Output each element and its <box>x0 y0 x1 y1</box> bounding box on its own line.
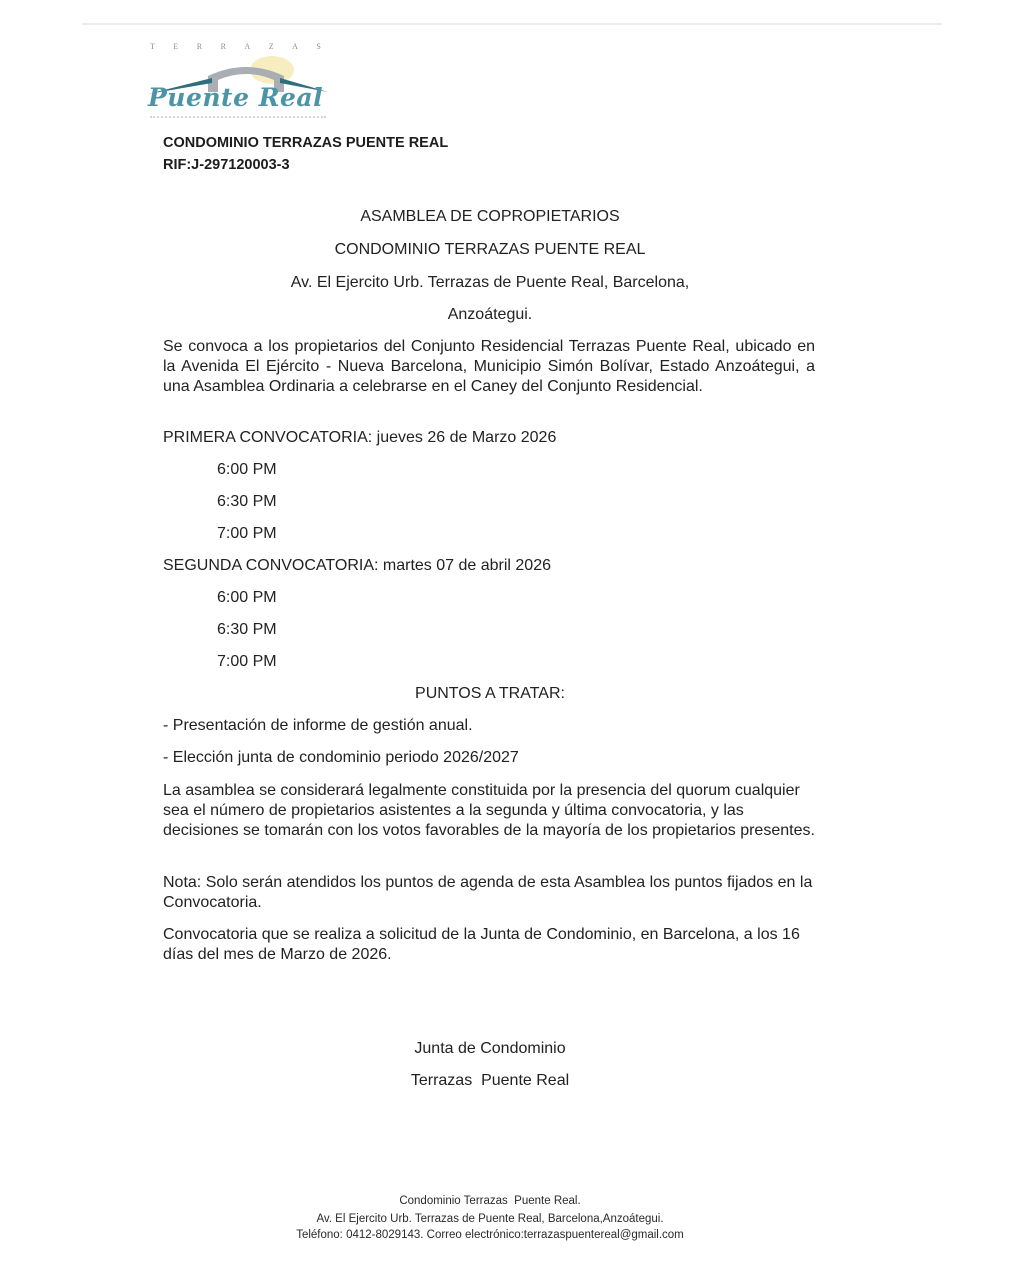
agenda-item-2: - Elección junta de condominio periodo 2… <box>163 749 519 767</box>
signature-line-1: Junta de Condominio <box>0 1040 980 1058</box>
logo-wordmark: Puente Real <box>148 83 323 112</box>
agenda-title: PUNTOS A TRATAR: <box>0 685 980 703</box>
logo-dotted-line <box>150 116 326 120</box>
note-paragraph: Nota: Solo serán atendidos los puntos de… <box>163 873 815 913</box>
org-name: CONDOMINIO TERRAZAS PUENTE REAL <box>163 135 448 151</box>
top-divider <box>82 23 942 25</box>
segunda-time-3: 7:00 PM <box>217 653 277 671</box>
segunda-time-1: 6:00 PM <box>217 589 277 607</box>
segunda-convocatoria: SEGUNDA CONVOCATORIA: martes 07 de abril… <box>163 557 551 575</box>
document-subtitle: CONDOMINIO TERRAZAS PUENTE REAL <box>0 241 980 259</box>
closing-paragraph: Convocatoria que se realiza a solicitud … <box>163 925 815 965</box>
primera-time-3: 7:00 PM <box>217 525 277 543</box>
segunda-time-2: 6:30 PM <box>217 621 277 639</box>
primera-time-1: 6:00 PM <box>217 461 277 479</box>
puente-real-logo: TERRAZAS Puente Real <box>146 40 336 120</box>
intro-paragraph: Se convoca a los propietarios del Conjun… <box>163 337 815 397</box>
address-line-1: Av. El Ejercito Urb. Terrazas de Puente … <box>0 274 980 292</box>
address-line-2: Anzoátegui. <box>0 306 980 324</box>
footer-line-1: Condominio Terrazas Puente Real. <box>0 1192 980 1210</box>
signature-line-2: Terrazas Puente Real <box>0 1072 980 1090</box>
agenda-item-1: - Presentación de informe de gestión anu… <box>163 717 473 735</box>
org-rif: RIF:J-297120003-3 <box>163 157 290 173</box>
primera-time-2: 6:30 PM <box>217 493 277 511</box>
document-title: ASAMBLEA DE COPROPIETARIOS <box>0 208 980 226</box>
footer-line-3: Teléfono: 0412-8029143. Correo electróni… <box>0 1226 980 1244</box>
primera-convocatoria: PRIMERA CONVOCATORIA: jueves 26 de Marzo… <box>163 429 556 447</box>
quorum-paragraph: La asamblea se considerará legalmente co… <box>163 781 815 841</box>
